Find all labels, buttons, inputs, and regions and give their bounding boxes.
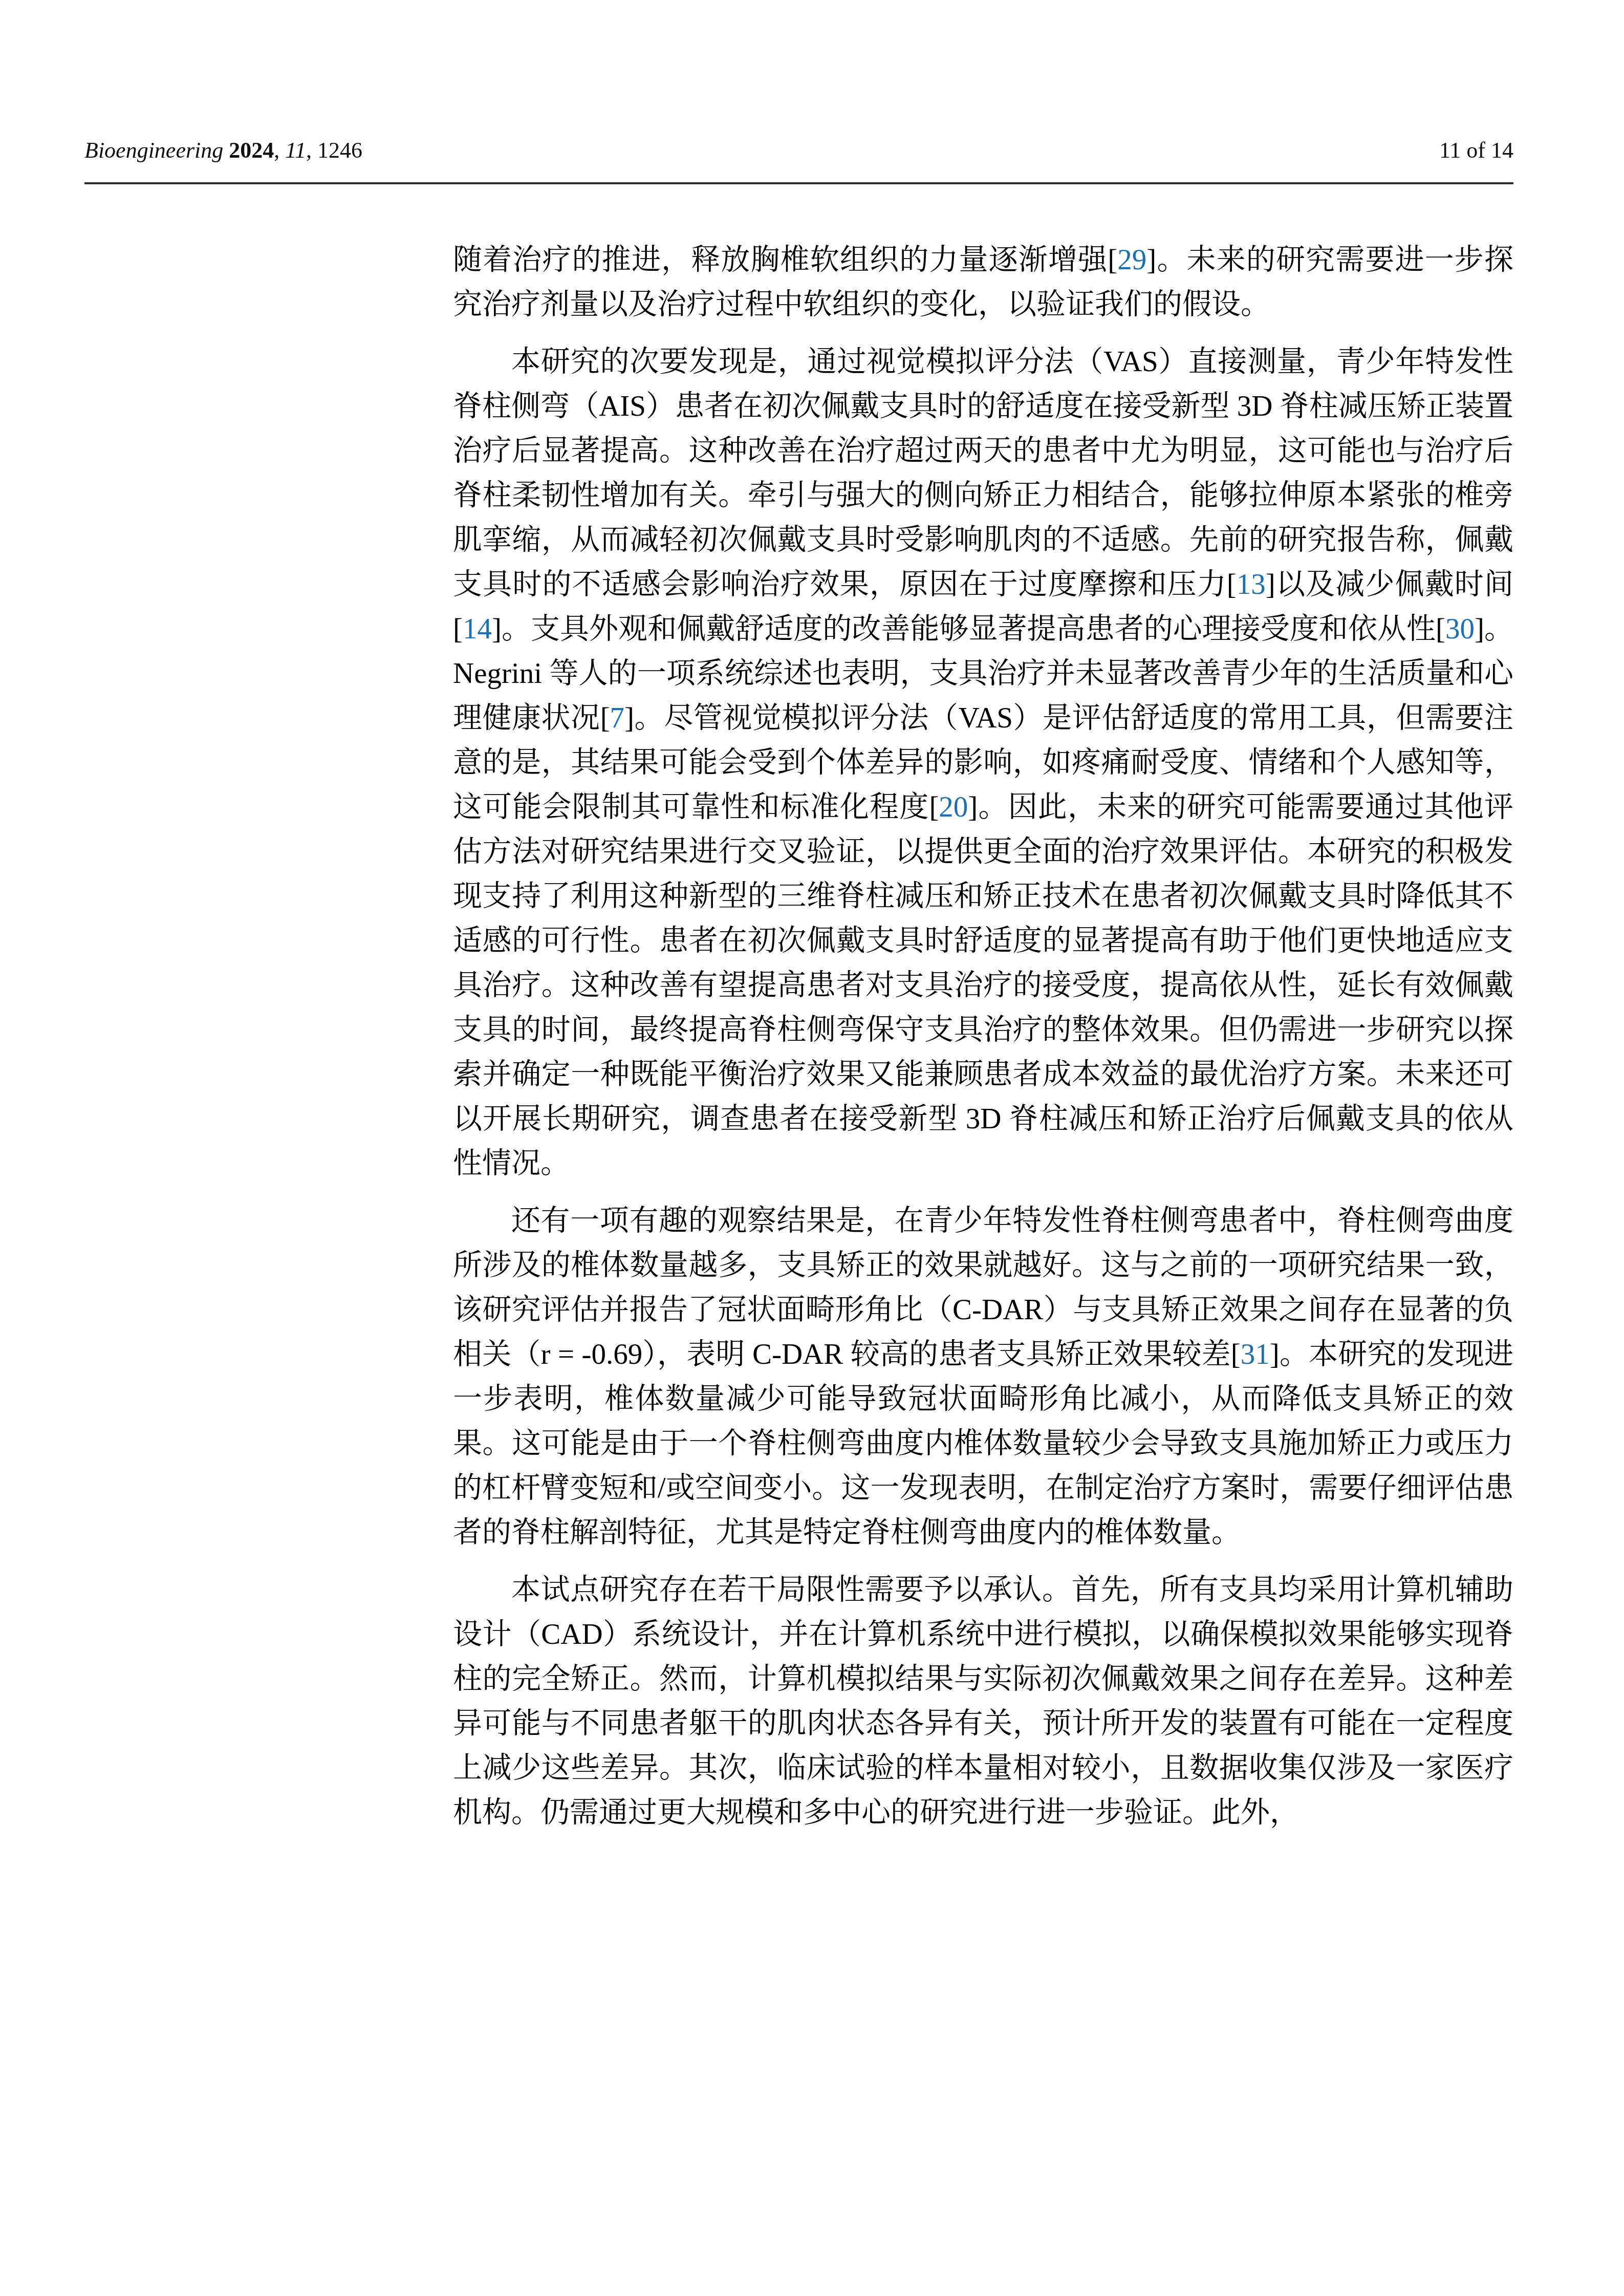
paragraph: 随着治疗的推进，释放胸椎软组织的力量逐渐增强[29]。未来的研究需要进一步探究治…	[453, 238, 1513, 327]
citation-number[interactable]: 30	[1445, 613, 1475, 645]
page-indicator: 11 of 14	[1439, 137, 1513, 164]
citation-number[interactable]: 13	[1237, 568, 1266, 600]
citation-number[interactable]: 31	[1241, 1338, 1270, 1370]
journal-citation-part: , 1246	[306, 138, 362, 163]
citation-number[interactable]: 14	[463, 613, 492, 645]
paragraph: 本研究的次要发现是，通过视觉模拟评分法（VAS）直接测量，青少年特发性脊柱侧弯（…	[453, 339, 1513, 1186]
article-body: 随着治疗的推进，释放胸椎软组织的力量逐渐增强[29]。未来的研究需要进一步探究治…	[453, 238, 1513, 1835]
page: Bioengineering 2024, 11, 1246 11 of 14 随…	[0, 0, 1624, 2296]
citation-link[interactable]: [13]	[1227, 568, 1275, 600]
citation-number[interactable]: 29	[1117, 244, 1146, 276]
citation-link[interactable]: [14]	[453, 613, 502, 645]
paragraph: 还有一项有趣的观察结果是，在青少年特发性脊柱侧弯患者中，脊柱侧弯曲度所涉及的椎体…	[453, 1198, 1513, 1555]
page-header: Bioengineering 2024, 11, 1246 11 of 14	[84, 137, 1513, 164]
journal-citation-part: ,	[274, 138, 285, 163]
citation-link[interactable]: [7]	[600, 702, 634, 734]
citation-link[interactable]: [20]	[929, 791, 978, 823]
citation-number[interactable]: 7	[610, 702, 625, 734]
citation-link[interactable]: [30]	[1436, 613, 1484, 645]
journal-citation-part: Bioengineering	[84, 138, 223, 163]
citation-link[interactable]: [29]	[1108, 244, 1156, 276]
journal-citation-part: 11	[285, 138, 306, 163]
paragraph: 本试点研究存在若干局限性需要予以承认。首先，所有支具均采用计算机辅助设计（CAD…	[453, 1568, 1513, 1835]
journal-citation-part	[223, 138, 229, 163]
header-rule	[84, 182, 1513, 184]
citation-link[interactable]: [31]	[1231, 1338, 1280, 1370]
citation-number[interactable]: 20	[939, 791, 968, 823]
journal-citation-part: 2024	[229, 138, 274, 163]
journal-citation: Bioengineering 2024, 11, 1246	[84, 137, 362, 164]
